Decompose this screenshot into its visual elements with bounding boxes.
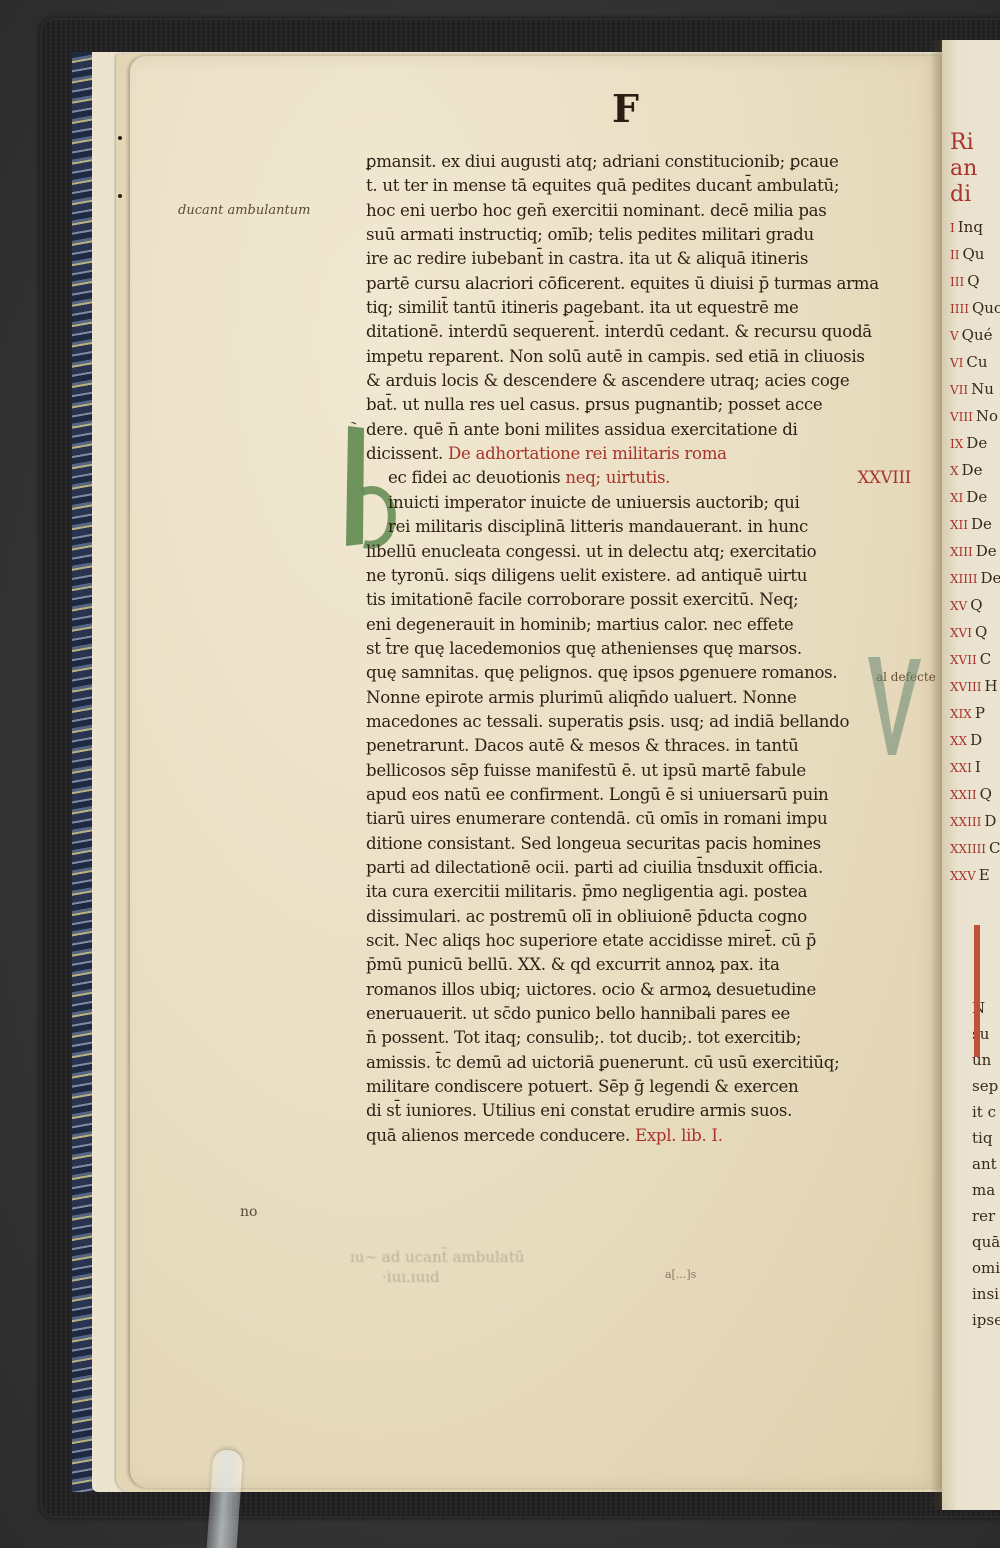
text-line: amissis. t̄c demū ad uictoriā ꝑuenerunt.… xyxy=(366,1051,911,1075)
text-line: macedones ac tessali. superatis ꝑsis. us… xyxy=(366,710,911,734)
text-line: quę samnitas. quę pelignos. quę ipsos ꝑg… xyxy=(366,661,911,685)
facing-chapter-entry: IXDe xyxy=(950,430,1000,457)
text-line: & arduis locis & descendere & ascendere … xyxy=(366,369,911,393)
facing-body-line: ipse xyxy=(972,1307,1000,1333)
text-line: eneruauerit. ut sc̄do punico bello hanni… xyxy=(366,1002,911,1026)
chapter-numeral: III xyxy=(950,275,964,289)
chapter-numeral: XIII xyxy=(950,545,973,559)
text-line: t. ut ter in mense tā equites quā pedite… xyxy=(366,174,911,198)
chapter-numeral: XXV xyxy=(950,869,976,883)
text-line: inuicti imperator inuicte de uniuersis a… xyxy=(366,491,911,515)
chapter-numeral: VI xyxy=(950,356,963,370)
text-line: ditationē. interdū sequerent̄. interdū c… xyxy=(366,320,911,344)
chapter-incipit: De xyxy=(981,569,1000,587)
chapter-numeral: XIX xyxy=(950,707,972,721)
text-line: penetrarunt. Dacos autē & mesos & thrace… xyxy=(366,734,911,758)
facing-chapter-entry: IIIQ xyxy=(950,268,1000,295)
chapter-incipit: I xyxy=(975,758,981,776)
facing-chapter-entry: XXIIID xyxy=(950,808,1000,835)
chapter-numeral: VII xyxy=(950,383,968,397)
text-fragment: dicissent. xyxy=(366,444,443,463)
text-line: dissimulari. ac postremū olī in obliuion… xyxy=(366,905,911,929)
text-line: suū armati instructiq; omīb; telis pedit… xyxy=(366,223,911,247)
chapter-numeral: II xyxy=(950,248,959,262)
facing-heading-2: an xyxy=(950,156,1000,182)
facing-chapter-entry: XVIQ xyxy=(950,619,1000,646)
facing-chapter-entry: XVIIIH xyxy=(950,673,1000,700)
facing-chapter-entry: XIIDe xyxy=(950,511,1000,538)
facing-chapter-entry: XXVE xyxy=(950,862,1000,889)
text-line: p̄mū punicū bellū. XX. & qd excurrit ann… xyxy=(366,953,911,977)
text-line: Nonne epirote armis plurimū aliqn̄do ual… xyxy=(366,686,911,710)
chapter-incipit: Q xyxy=(967,272,979,290)
marbled-endpaper xyxy=(72,52,94,1492)
facing-chapter-list: Ri an di IInqIIQuIIIQIIIIQuoVQuéVICuVIIN… xyxy=(950,140,1000,889)
facing-body-line: it c xyxy=(972,1099,1000,1125)
chapter-numeral: XI xyxy=(950,491,963,505)
facing-chapter-entry: XVQ xyxy=(950,592,1000,619)
text-fragment: quā alienos mercede conducere. xyxy=(366,1126,630,1145)
chapter-numeral: XXII xyxy=(950,788,977,802)
chapter-numeral: XXI xyxy=(950,761,972,775)
facing-body-line: tiq xyxy=(972,1125,1000,1151)
text-line: militare condiscere potuert. Sēp ḡ legen… xyxy=(366,1075,911,1099)
rubric-line-2: ec fidei ac deuotionis neq; uirtutis. XX… xyxy=(366,466,911,490)
chapter-numeral: VIII xyxy=(950,410,973,424)
facing-heading-3: di xyxy=(950,182,1000,208)
chapter-incipit: H xyxy=(984,677,997,695)
text-line: tiq; similit̄ tantū itineris ꝑagebant. i… xyxy=(366,296,911,320)
facing-chapter-entry: IIIIQuo xyxy=(950,295,1000,322)
text-line: ditione consistant. Sed longeua securita… xyxy=(366,832,911,856)
facing-heading-1: Ri xyxy=(950,130,1000,156)
chapter-numeral: XVIII xyxy=(950,680,981,694)
text-line: n̄ possent. Tot itaq; consulib;. tot duc… xyxy=(366,1026,911,1050)
text-line: eni degenerauit in hominib; martius calo… xyxy=(366,613,911,637)
text-line: libellū enucleata congessi. ut in delect… xyxy=(366,540,911,564)
text-fragment: ec fidei ac deuotionis xyxy=(388,468,560,487)
chapter-incipit: C xyxy=(980,650,991,668)
chapter-numeral: XII xyxy=(950,518,968,532)
facing-chapter-entry: VIIINo xyxy=(950,403,1000,430)
text-line: tis imitationē facile corroborare possit… xyxy=(366,588,911,612)
chapter-incipit: Q xyxy=(970,596,982,614)
facing-chapter-entry: XDe xyxy=(950,457,1000,484)
main-text-column: ꝑmansit. ex diui augusti atq; adriani co… xyxy=(366,150,911,1148)
facing-chapter-entry: VIINu xyxy=(950,376,1000,403)
facing-red-initial xyxy=(974,925,980,1057)
facing-chapter-entry: XXIIIIC xyxy=(950,835,1000,862)
text-line: tiarū uires enumerare contendā. cū omīs … xyxy=(366,807,911,831)
facing-body-line: insi xyxy=(972,1281,1000,1307)
text-line: hoc eni uerbo hoc gen̄ exercitii nominan… xyxy=(366,199,911,223)
chapter-incipit: C xyxy=(989,839,1000,857)
facing-chapter-entry: XXIIQ xyxy=(950,781,1000,808)
chapter-incipit: P xyxy=(975,704,985,722)
text-line: ꝑmansit. ex diui augusti atq; adriani co… xyxy=(366,150,911,174)
facing-body-line: omi xyxy=(972,1255,1000,1281)
chapter-incipit: No xyxy=(976,407,998,425)
facing-chapter-entry: XIXP xyxy=(950,700,1000,727)
chapter-incipit: Inq xyxy=(958,218,983,236)
facing-chapter-entry: VICu xyxy=(950,349,1000,376)
chapter-incipit: De xyxy=(971,515,992,533)
chapter-incipit: Qu xyxy=(962,245,984,263)
facing-chapter-entry: XVIIC xyxy=(950,646,1000,673)
chapter-numeral: V xyxy=(950,329,959,343)
chapter-numeral: XXIII xyxy=(950,815,981,829)
facing-chapter-entry: VQué xyxy=(950,322,1000,349)
catchword: a[...]s xyxy=(665,1268,696,1281)
text-line: partē cursu alacriori cōficerent. equite… xyxy=(366,272,911,296)
chapter-numeral: X xyxy=(950,464,959,478)
text-line: bellicosos sēp fuisse manifestū ē. ut ip… xyxy=(366,759,911,783)
text-line: romanos illos ubiq; uictores. ocio & arm… xyxy=(366,978,911,1002)
rubric-line: dicissent. De adhortatione rei militaris… xyxy=(366,442,911,466)
facing-chapter-entry: IIQu xyxy=(950,241,1000,268)
text-line: scit. Nec aliqs hoc superiore etate acci… xyxy=(366,929,911,953)
chapter-incipit: Quo xyxy=(972,299,1000,317)
chapter-incipit: E xyxy=(979,866,990,884)
chapter-incipit: De xyxy=(976,542,997,560)
facing-body-line: ma xyxy=(972,1177,1000,1203)
facing-chapter-entry: IInq xyxy=(950,214,1000,241)
text-line: dere. quē n̄ ante boni milites assidua e… xyxy=(366,418,911,442)
text-line: apud eos natū ee confirment. Longū ē si … xyxy=(366,783,911,807)
chapter-incipit: Cu xyxy=(966,353,987,371)
chapter-incipit: D xyxy=(970,731,982,749)
facing-body-line: quā xyxy=(972,1229,1000,1255)
facing-body-line: ant xyxy=(972,1151,1000,1177)
text-line: bat̄. ut nulla res uel casus. ꝑrsus pugn… xyxy=(366,393,911,417)
facing-body-line: sep xyxy=(972,1073,1000,1099)
explicit: Expl. lib. I. xyxy=(635,1126,723,1145)
rubric-heading: De adhortatione rei militaris roma xyxy=(448,444,727,463)
facing-page: Ri an di IInqIIQuIIIQIIIIQuoVQuéVICuVIIN… xyxy=(942,40,1000,1510)
chapter-incipit: Q xyxy=(980,785,992,803)
margin-gloss-top: ducant ambulantum xyxy=(178,203,310,218)
facing-chapter-entry: XXII xyxy=(950,754,1000,781)
chapter-numeral: XXIIII xyxy=(950,842,986,856)
text-line: ita cura exercitii militaris. p̄mo negli… xyxy=(366,880,911,904)
chapter-incipit: D xyxy=(984,812,996,830)
chapter-numeral: XIIII xyxy=(950,572,978,586)
final-line: quā alienos mercede conducere. Expl. lib… xyxy=(366,1124,911,1148)
chapter-incipit: De xyxy=(962,461,983,479)
text-line: rei militaris disciplinā litteris mandau… xyxy=(366,515,911,539)
offset-ghost-text-2: ·iuı.ıuıd xyxy=(382,1268,440,1286)
chapter-numeral: XV xyxy=(950,599,967,613)
offset-ghost-text: ıu~ ad ucant̄ ambulatū xyxy=(350,1248,524,1266)
rubric-heading-cont: neq; uirtutis. xyxy=(565,468,670,487)
chapter-incipit: Q xyxy=(975,623,987,641)
facing-chapter-entry: XIDe xyxy=(950,484,1000,511)
facing-chapter-entry: XXD xyxy=(950,727,1000,754)
chapter-incipit: Nu xyxy=(971,380,994,398)
text-line: ire ac redire iubebant̄ in castra. ita u… xyxy=(366,247,911,271)
margin-gloss-bottom: no xyxy=(240,1204,257,1220)
chapter-incipit: De xyxy=(966,488,987,506)
folio-mark: F xyxy=(612,86,639,131)
chapter-numeral: I xyxy=(950,221,955,235)
chapter-numeral: XVII xyxy=(950,653,977,667)
text-line: st t̄re quę lacedemonios quę athenienses… xyxy=(366,637,911,661)
chapter-numeral: IX xyxy=(950,437,963,451)
text-line: parti ad dilectationē ocii. parti ad ciu… xyxy=(366,856,911,880)
chapter-numeral: XVI xyxy=(950,626,972,640)
text-line: impetu reparent. Non solū autē in campis… xyxy=(366,345,911,369)
chapter-numeral: IIII xyxy=(950,302,969,316)
chapter-incipit: Qué xyxy=(962,326,993,344)
text-line: ne tyronū. siqs diligens uelit existere.… xyxy=(366,564,911,588)
chapter-incipit: De xyxy=(966,434,987,452)
facing-body-line: rer xyxy=(972,1203,1000,1229)
text-line: di st̄ iuniores. Utilius eni constat eru… xyxy=(366,1099,911,1123)
chapter-numeral: XX xyxy=(950,734,967,748)
chapter-number: XXVIII xyxy=(858,466,911,490)
facing-chapter-entry: XIIIIDe xyxy=(950,565,1000,592)
facing-chapter-entry: XIIIDe xyxy=(950,538,1000,565)
